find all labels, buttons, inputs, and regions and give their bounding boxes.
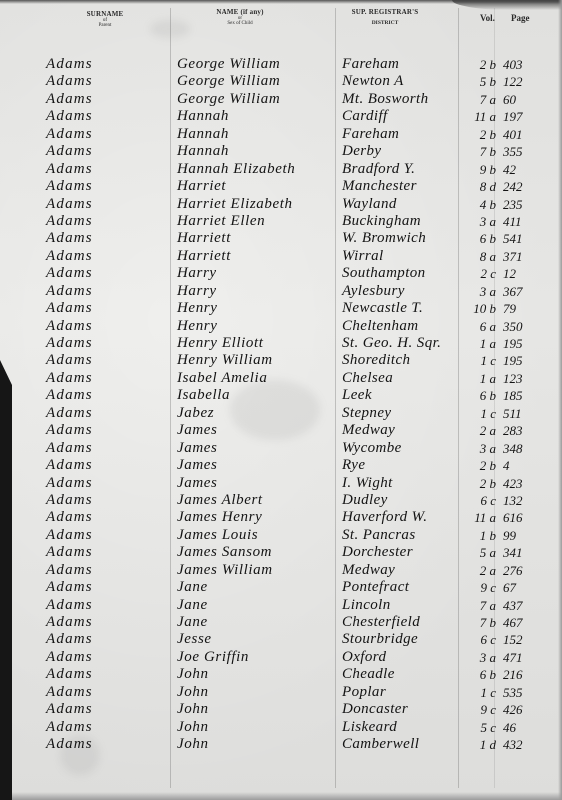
entry-row: Adams John Cheadle 6 b 216 [0, 666, 562, 683]
entry-district: Lincoln [342, 597, 391, 614]
entry-surname: Adams [46, 265, 93, 282]
entry-vol: 9 c [468, 579, 496, 596]
entry-district: Stourbridge [342, 631, 418, 648]
entry-district: Cardiff [342, 108, 388, 125]
entry-surname: Adams [46, 614, 93, 631]
entry-vol: 2 a [468, 562, 496, 579]
entry-given-name: Harry [177, 265, 217, 282]
entry-district: Cheadle [342, 666, 395, 683]
header-surname: SURNAME of Parent [80, 11, 130, 28]
entry-surname: Adams [46, 684, 93, 701]
entry-vol: 11 a [468, 509, 496, 526]
entry-given-name: Henry [177, 300, 218, 317]
entry-row: Adams Jesse Stourbridge 6 c 152 [0, 631, 562, 648]
entry-vol: 2 b [468, 126, 496, 143]
entry-vol: 5 a [468, 544, 496, 561]
entry-surname: Adams [46, 196, 93, 213]
entry-given-name: Isabella [177, 387, 230, 404]
entry-row: Adams John Poplar 1 c 535 [0, 684, 562, 701]
entry-given-name: Harriett [177, 230, 231, 247]
entry-vol: 8 d [468, 178, 496, 195]
entry-given-name: Harriett [177, 248, 231, 265]
entry-row: Adams Jane Pontefract 9 c 67 [0, 579, 562, 596]
entry-surname: Adams [46, 178, 93, 195]
entry-row: Adams James I. Wight 2 b 423 [0, 475, 562, 492]
entry-district: Rye [342, 457, 365, 474]
entry-row: Adams John Doncaster 9 c 426 [0, 701, 562, 718]
entry-given-name: Jane [177, 614, 208, 631]
entry-vol: 2 a [468, 422, 496, 439]
entry-page: 467 [503, 614, 523, 631]
entry-page: 423 [503, 475, 523, 492]
header-name-sex: Sex of Child [210, 21, 270, 26]
entry-row: Adams James Louis St. Pancras 1 b 99 [0, 527, 562, 544]
entry-district: Cheltenham [342, 318, 419, 335]
entry-surname: Adams [46, 230, 93, 247]
header-page: Page [511, 14, 530, 23]
entry-page: 242 [503, 178, 523, 195]
entry-page: 4 [503, 457, 510, 474]
entry-district: Manchester [342, 178, 417, 195]
entry-given-name: Hannah [177, 126, 229, 143]
entry-vol: 6 a [468, 318, 496, 335]
entry-surname: Adams [46, 370, 93, 387]
entry-surname: Adams [46, 300, 93, 317]
entry-page: 152 [503, 631, 523, 648]
entry-surname: Adams [46, 475, 93, 492]
entry-given-name: James Sansom [177, 544, 272, 561]
entry-vol: 5 c [468, 719, 496, 736]
entry-vol: 10 b [468, 300, 496, 317]
entry-given-name: Jesse [177, 631, 212, 648]
entry-page: 132 [503, 492, 523, 509]
entry-district: I. Wight [342, 475, 393, 492]
register-page: SURNAME of Parent NAME (if any) or Sex o… [0, 0, 562, 800]
entry-district: Pontefract [342, 579, 409, 596]
entry-vol: 7 a [468, 91, 496, 108]
entry-vol: 2 c [468, 265, 496, 282]
entry-surname: Adams [46, 597, 93, 614]
entry-row: Adams Hannah Elizabeth Bradford Y. 9 b 4… [0, 161, 562, 178]
entry-district: Medway [342, 562, 395, 579]
entry-district: Oxford [342, 649, 386, 666]
entry-row: Adams Harry Southampton 2 c 12 [0, 265, 562, 282]
entry-page: 42 [503, 161, 516, 178]
entry-vol: 1 a [468, 335, 496, 352]
entry-given-name: John [177, 684, 209, 701]
entry-district: Wycombe [342, 440, 402, 457]
entry-surname: Adams [46, 457, 93, 474]
entry-district: Camberwell [342, 736, 419, 753]
entry-surname: Adams [46, 649, 93, 666]
entry-district: Newcastle T. [342, 300, 423, 317]
entry-page: 541 [503, 230, 523, 247]
entry-page: 197 [503, 108, 523, 125]
entry-given-name: Hannah [177, 143, 229, 160]
entry-surname: Adams [46, 73, 93, 90]
entry-surname: Adams [46, 352, 93, 369]
entry-surname: Adams [46, 161, 93, 178]
entry-row: Adams George William Newton A 5 b 122 [0, 73, 562, 90]
entry-page: 122 [503, 73, 523, 90]
entry-page: 46 [503, 719, 516, 736]
entry-vol: 3 a [468, 283, 496, 300]
entry-given-name: Isabel Amelia [177, 370, 267, 387]
entry-surname: Adams [46, 248, 93, 265]
entry-vol: 3 a [468, 649, 496, 666]
entry-page: 348 [503, 440, 523, 457]
entry-vol: 1 d [468, 736, 496, 753]
header-district-sub: DISTRICT [340, 21, 430, 27]
entry-district: Chelsea [342, 370, 393, 387]
entry-given-name: James [177, 440, 218, 457]
entry-vol: 3 a [468, 440, 496, 457]
entry-given-name: James [177, 475, 218, 492]
header-vol: Vol. [480, 14, 495, 23]
entry-district: Dudley [342, 492, 388, 509]
entry-surname: Adams [46, 213, 93, 230]
entry-page: 511 [503, 405, 522, 422]
entry-given-name: James Louis [177, 527, 258, 544]
entry-given-name: John [177, 666, 209, 683]
entry-surname: Adams [46, 405, 93, 422]
header-district: SUP. REGISTRAR'S DISTRICT [340, 9, 430, 27]
header-surname-parent: Parent [80, 23, 130, 28]
entry-vol: 1 c [468, 352, 496, 369]
entry-given-name: John [177, 719, 209, 736]
entry-surname: Adams [46, 509, 93, 526]
entry-given-name: Henry William [177, 352, 273, 369]
entry-row: Adams James Medway 2 a 283 [0, 422, 562, 439]
entry-given-name: Harriet Elizabeth [177, 196, 293, 213]
entry-row: Adams James Wycombe 3 a 348 [0, 440, 562, 457]
entry-given-name: Harry [177, 283, 217, 300]
entry-given-name: James William [177, 562, 273, 579]
entry-page: 12 [503, 265, 516, 282]
entry-given-name: Jane [177, 579, 208, 596]
entry-vol: 5 b [468, 73, 496, 90]
entry-surname: Adams [46, 562, 93, 579]
entry-row: Adams Henry William Shoreditch 1 c 195 [0, 352, 562, 369]
entry-district: Chesterfield [342, 614, 420, 631]
entry-list: Adams George William Fareham 2 b 403 Ada… [0, 56, 562, 754]
entry-page: 283 [503, 422, 523, 439]
entry-surname: Adams [46, 631, 93, 648]
entry-vol: 3 a [468, 213, 496, 230]
entry-district: Dorchester [342, 544, 413, 561]
entry-given-name: James Henry [177, 509, 262, 526]
entry-page: 185 [503, 387, 523, 404]
entry-surname: Adams [46, 492, 93, 509]
entry-vol: 6 b [468, 230, 496, 247]
entry-surname: Adams [46, 387, 93, 404]
entry-row: Adams John Camberwell 1 d 432 [0, 736, 562, 753]
entry-row: Adams James Albert Dudley 6 c 132 [0, 492, 562, 509]
entry-district: Medway [342, 422, 395, 439]
entry-page: 426 [503, 701, 523, 718]
entry-row: Adams Jane Lincoln 7 a 437 [0, 597, 562, 614]
entry-row: Adams James Sansom Dorchester 5 a 341 [0, 544, 562, 561]
entry-district: Aylesbury [342, 283, 405, 300]
entry-vol: 6 b [468, 666, 496, 683]
entry-page: 535 [503, 684, 523, 701]
entry-row: Adams Hannah Fareham 2 b 401 [0, 126, 562, 143]
entry-row: Adams Isabel Amelia Chelsea 1 a 123 [0, 370, 562, 387]
entry-given-name: Joe Griffin [177, 649, 249, 666]
header-name-title: NAME (if any) [210, 9, 270, 16]
entry-surname: Adams [46, 527, 93, 544]
entry-vol: 6 c [468, 631, 496, 648]
header-name: NAME (if any) or Sex of Child [210, 9, 270, 26]
entry-page: 276 [503, 562, 523, 579]
entry-row: Adams Harriet Manchester 8 d 242 [0, 178, 562, 195]
entry-district: Wirral [342, 248, 384, 265]
entry-vol: 1 c [468, 684, 496, 701]
entry-district: Derby [342, 143, 382, 160]
header-district-title: SUP. REGISTRAR'S [340, 9, 430, 16]
entry-given-name: Jabez [177, 405, 214, 422]
entry-given-name: James Albert [177, 492, 263, 509]
entry-page: 235 [503, 196, 523, 213]
entry-district: Leek [342, 387, 372, 404]
entry-row: Adams Jabez Stepney 1 c 511 [0, 405, 562, 422]
entry-vol: 11 a [468, 108, 496, 125]
entry-page: 355 [503, 143, 523, 160]
entry-given-name: Harriet Ellen [177, 213, 265, 230]
entry-row: Adams Harriett W. Bromwich 6 b 541 [0, 230, 562, 247]
entry-district: Newton A [342, 73, 404, 90]
entry-surname: Adams [46, 143, 93, 160]
entry-row: Adams George William Fareham 2 b 403 [0, 56, 562, 73]
scan-edge-top-right [452, 0, 562, 10]
entry-page: 367 [503, 283, 523, 300]
entry-given-name: Harriet [177, 178, 226, 195]
entry-vol: 2 b [468, 475, 496, 492]
entry-surname: Adams [46, 126, 93, 143]
entry-page: 371 [503, 248, 523, 265]
entry-given-name: Henry Elliott [177, 335, 264, 352]
entry-given-name: Henry [177, 318, 218, 335]
entry-surname: Adams [46, 108, 93, 125]
entry-vol: 6 b [468, 387, 496, 404]
entry-vol: 2 b [468, 457, 496, 474]
entry-given-name: George William [177, 73, 280, 90]
entry-surname: Adams [46, 440, 93, 457]
entry-given-name: John [177, 701, 209, 718]
entry-district: St. Geo. H. Sqr. [342, 335, 441, 352]
entry-vol: 7 b [468, 143, 496, 160]
entry-row: Adams John Liskeard 5 c 46 [0, 719, 562, 736]
entry-page: 432 [503, 736, 523, 753]
entry-row: Adams James William Medway 2 a 276 [0, 562, 562, 579]
entry-surname: Adams [46, 91, 93, 108]
entry-district: Fareham [342, 126, 399, 143]
scan-edge-bottom [0, 792, 562, 800]
entry-district: Liskeard [342, 719, 397, 736]
entry-vol: 9 c [468, 701, 496, 718]
entry-page: 216 [503, 666, 523, 683]
entry-surname: Adams [46, 335, 93, 352]
entry-given-name: George William [177, 56, 280, 73]
entry-row: Adams Harry Aylesbury 3 a 367 [0, 283, 562, 300]
entry-row: Adams Henry Elliott St. Geo. H. Sqr. 1 a… [0, 335, 562, 352]
entry-page: 616 [503, 509, 523, 526]
entry-page: 60 [503, 91, 516, 108]
entry-page: 350 [503, 318, 523, 335]
entry-given-name: James [177, 422, 218, 439]
entry-row: Adams Joe Griffin Oxford 3 a 471 [0, 649, 562, 666]
entry-district: Fareham [342, 56, 399, 73]
entry-page: 411 [503, 213, 522, 230]
entry-vol: 1 a [468, 370, 496, 387]
entry-surname: Adams [46, 544, 93, 561]
entry-row: Adams Harriett Wirral 8 a 371 [0, 248, 562, 265]
entry-district: Buckingham [342, 213, 421, 230]
entry-page: 437 [503, 597, 523, 614]
entry-given-name: Hannah [177, 108, 229, 125]
entry-page: 403 [503, 56, 523, 73]
entry-district: Bradford Y. [342, 161, 415, 178]
entry-row: Adams Henry Newcastle T. 10 b 79 [0, 300, 562, 317]
entry-surname: Adams [46, 56, 93, 73]
entry-row: Adams Isabella Leek 6 b 185 [0, 387, 562, 404]
entry-page: 341 [503, 544, 523, 561]
entry-vol: 8 a [468, 248, 496, 265]
entry-given-name: James [177, 457, 218, 474]
entry-district: Haverford W. [342, 509, 427, 526]
entry-row: Adams Hannah Derby 7 b 355 [0, 143, 562, 160]
entry-page: 195 [503, 352, 523, 369]
entry-surname: Adams [46, 719, 93, 736]
entry-surname: Adams [46, 736, 93, 753]
entry-surname: Adams [46, 701, 93, 718]
entry-row: Adams Jane Chesterfield 7 b 467 [0, 614, 562, 631]
entry-row: Adams Harriet Ellen Buckingham 3 a 411 [0, 213, 562, 230]
entry-page: 99 [503, 527, 516, 544]
entry-district: Poplar [342, 684, 386, 701]
entry-surname: Adams [46, 283, 93, 300]
entry-row: Adams Harriet Elizabeth Wayland 4 b 235 [0, 196, 562, 213]
entry-vol: 4 b [468, 196, 496, 213]
entry-page: 471 [503, 649, 523, 666]
entry-district: Mt. Bosworth [342, 91, 428, 108]
entry-district: Wayland [342, 196, 397, 213]
entry-row: Adams Henry Cheltenham 6 a 350 [0, 318, 562, 335]
entry-vol: 2 b [468, 56, 496, 73]
entry-vol: 1 b [468, 527, 496, 544]
entry-district: W. Bromwich [342, 230, 426, 247]
entry-row: Adams George William Mt. Bosworth 7 a 60 [0, 91, 562, 108]
entry-surname: Adams [46, 318, 93, 335]
entry-row: Adams James Henry Haverford W. 11 a 616 [0, 509, 562, 526]
entry-surname: Adams [46, 666, 93, 683]
entry-given-name: John [177, 736, 209, 753]
entry-page: 401 [503, 126, 523, 143]
entry-surname: Adams [46, 579, 93, 596]
entry-vol: 7 a [468, 597, 496, 614]
entry-vol: 1 c [468, 405, 496, 422]
entry-vol: 6 c [468, 492, 496, 509]
entry-district: St. Pancras [342, 527, 416, 544]
entry-page: 67 [503, 579, 516, 596]
entry-vol: 9 b [468, 161, 496, 178]
entry-district: Shoreditch [342, 352, 410, 369]
entry-surname: Adams [46, 422, 93, 439]
entry-district: Southampton [342, 265, 426, 282]
entry-given-name: Hannah Elizabeth [177, 161, 295, 178]
entry-row: Adams James Rye 2 b 4 [0, 457, 562, 474]
entry-page: 123 [503, 370, 523, 387]
entry-district: Stepney [342, 405, 391, 422]
entry-page: 79 [503, 300, 516, 317]
header-surname-title: SURNAME [80, 11, 130, 18]
entry-vol: 7 b [468, 614, 496, 631]
entry-given-name: Jane [177, 597, 208, 614]
entry-page: 195 [503, 335, 523, 352]
entry-row: Adams Hannah Cardiff 11 a 197 [0, 108, 562, 125]
entry-given-name: George William [177, 91, 280, 108]
entry-district: Doncaster [342, 701, 408, 718]
